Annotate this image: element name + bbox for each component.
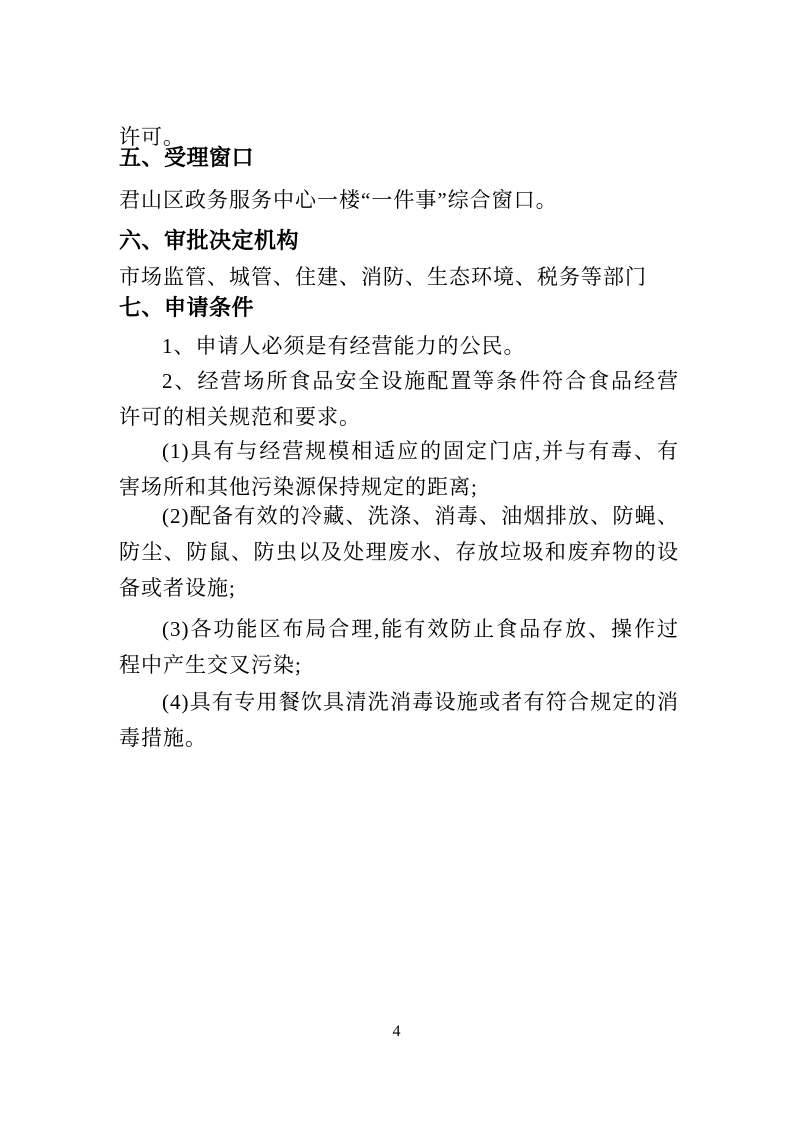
condition-sub-item-2: (2)配备有效的冷藏、洗涤、消毒、油烟排放、防蝇、防尘、防鼠、防虫以及处理废水、… — [119, 498, 679, 606]
section-5-heading: 五、受理窗口 — [119, 143, 679, 173]
page-number: 4 — [0, 1022, 793, 1042]
document-page: 许可。 五、受理窗口 君山区政务服务中心一楼“一件事”综合窗口。 六、审批决定机… — [0, 0, 793, 1122]
section-6-heading: 六、审批决定机构 — [119, 226, 679, 256]
section-5-body: 君山区政务服务中心一楼“一件事”综合窗口。 — [119, 182, 679, 218]
condition-sub-item-4: (4)具有专用餐饮具清洗消毒设施或者有符合规定的消毒措施。 — [119, 684, 679, 756]
condition-sub-item-3: (3)各功能区布局合理,能有效防止食品存放、操作过程中产生交叉污染; — [119, 611, 679, 683]
section-6-body: 市场监管、城管、住建、消防、生态环境、税务等部门 — [119, 259, 679, 295]
section-7-heading: 七、申请条件 — [119, 293, 679, 323]
condition-item-1: 1、申请人必须是有经营能力的公民。 — [119, 328, 679, 364]
condition-sub-item-1: (1)具有与经营规模相适应的固定门店,并与有毒、有害场所和其他污染源保持规定的距… — [119, 433, 679, 505]
condition-item-2: 2、经营场所食品安全设施配置等条件符合食品经营许可的相关规范和要求。 — [119, 363, 679, 435]
